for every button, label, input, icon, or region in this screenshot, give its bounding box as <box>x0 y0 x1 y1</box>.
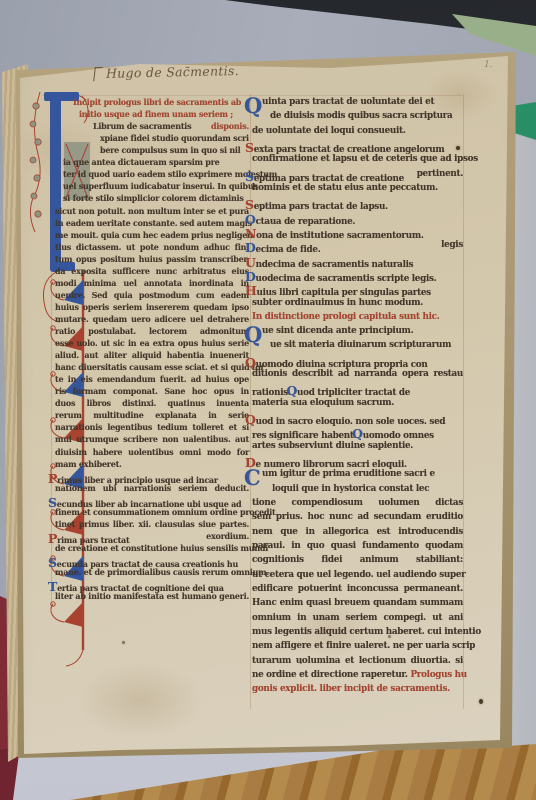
text-segment: tum opus positum huius passim transcribe… <box>55 254 249 264</box>
manuscript-text-line: diuisim habere uolentibus omni modo for <box>55 447 249 459</box>
text-segment: ut cetera que uel legendo. uel audiendo … <box>252 570 466 580</box>
manuscript-text-line: omnium in unam seriem compegi. ut ani <box>252 613 463 625</box>
ruling-line-vertical <box>463 94 464 709</box>
text-segment: cognitionis fidei animum stabiliant: <box>252 555 463 565</box>
colored-initial: S <box>245 169 254 184</box>
text-segment: rerum multitudine explanata in serie <box>55 410 249 420</box>
manuscript-text-line: Tertia pars tractat de cognitione dei qu… <box>55 579 249 591</box>
manuscript-text-line: me mouit. quia cum hec eadem prius negli… <box>55 230 249 242</box>
manuscript-text-line: te in eis emendandum fuerit. ad huius op… <box>55 374 249 386</box>
colored-initial: O <box>245 212 256 227</box>
manuscript-text-line: uel superfluum iudicabatur inserui. In q… <box>55 181 249 193</box>
text-segment: mam exhiberet. <box>55 459 122 469</box>
manuscript-text-line: nem affigere et finire ualeret. ne per u… <box>252 641 463 653</box>
manuscript-text-line: si forte stilo simplicior colorem dictam… <box>55 193 249 205</box>
colored-initial: U <box>245 255 256 270</box>
manuscript-text-line: esse uolo. ut sic in ea extra opus huius… <box>55 338 249 350</box>
manuscript-text-line: De numero librorum sacri eloquii. <box>252 455 463 467</box>
colored-initial: Q <box>286 383 297 398</box>
manuscript-text-line: subter ordinauimus in hunc modum. <box>252 298 463 310</box>
manuscript-text-line: tius dictassem. ut pote nondum adhuc fin… <box>55 242 249 254</box>
manuscript-text-line: Quod in sacro eloquio. non sole uoces. s… <box>252 412 463 424</box>
manuscript-text-line: liter ab initio manifestata est humano g… <box>55 591 249 603</box>
text-segment: esse uolo. ut sic in ea extra opus huius… <box>55 338 249 348</box>
manuscript-text-line: Sexta pars tractat de creatione angeloru… <box>252 140 463 152</box>
manuscript-text-line: xpiane fidei studio quorundam scri <box>55 133 249 145</box>
manuscript-text-line: ter id quod uario eadem stilo exprimere … <box>55 169 249 181</box>
text-segment: loquii que in hystorica constat lec <box>272 484 429 494</box>
text-segment: finem et consummationem omnium ordine pr… <box>55 507 275 517</box>
text-segment: mane. et de primordialibus causis rerum … <box>55 567 269 577</box>
manuscript-text-line: uenire. Sed quia postmodum cum eadem <box>55 290 249 302</box>
colored-initial: D <box>245 240 256 255</box>
manuscript-text-line: narrationis legentibus tedium tolleret e… <box>55 422 249 434</box>
colored-initial: Q <box>352 426 363 441</box>
text-segment: huius operis seriem insererem quedam ips… <box>55 302 249 312</box>
manuscript-text-line: Secunda pars tractat de causa creationis… <box>55 555 249 567</box>
manuscript-text-line: aliud. aut aliter aliquid habentia inuen… <box>55 350 249 362</box>
manuscript-text-line: mus legentis aliquid certum haberet. cui… <box>252 627 463 639</box>
manuscript-text-line: Decima de fide.legis <box>252 240 463 252</box>
text-segment: uinta pars tractat de uoluntate dei et <box>262 97 434 107</box>
manuscript-text-line: ditionis describit ad narranda opera res… <box>252 369 463 381</box>
manuscript-text-line: sem prius. hoc nunc ad secundam eruditio <box>252 512 463 524</box>
colored-initial: Q <box>245 412 256 427</box>
text-segment: de diuisis modis quibus sacra scriptura <box>270 111 452 121</box>
manuscript-text-line: tum opus positum huius passim transcribe… <box>55 254 249 266</box>
text-segment: uel superfluum iudicabatur inserui. In q… <box>63 181 258 191</box>
line-end-word: pertinent. <box>417 169 463 179</box>
manuscript-text-line: de uoluntate dei loqui consueuit. <box>252 126 463 138</box>
manuscript-text-line: ris formam componat. Sane hoc opus in <box>55 386 249 398</box>
manuscript-text-line: de diuisis modis quibus sacra scriptura <box>252 111 463 123</box>
text-segment: liter ab initio manifestata est humano g… <box>55 591 249 601</box>
colored-initial: H <box>245 283 257 298</box>
manuscript-text-line: Secundus liber ab incarnatione ubi usque… <box>55 495 249 507</box>
manuscript-text-line: Septima pars tractat de lapsu. <box>252 197 463 209</box>
line-end-word: exordium. <box>206 531 249 541</box>
manuscript-text-line: gonis explicit. liber incipit de sacrame… <box>252 684 463 696</box>
text-segment: nationem ubi narrationis seriem deducit. <box>55 483 249 493</box>
text-segment: mutare. quedam uero adicere uel detraher… <box>55 314 249 324</box>
manuscript-text-line: confirmatione et lapsu et de ceteris que… <box>252 154 463 166</box>
manuscript-text-line: mutare. quedam uero adicere uel detraher… <box>55 314 249 326</box>
manuscript-text-line: Quinta pars tractat de uoluntate dei et <box>252 97 463 109</box>
wormhole <box>300 662 302 664</box>
text-segment: paraui. in quo quasi fundamento quodam <box>252 541 463 551</box>
text-segment: edificare potuerint inconcussa permanean… <box>252 584 463 594</box>
manuscript-text-line: Incipit prologus libri de sacramentis ab <box>55 97 249 109</box>
manuscript-text-line: Octaua de reparatione. <box>252 212 463 224</box>
text-segment: Librum de sacramentis <box>93 121 191 131</box>
text-segment: nem affigere et finire ualeret. ne per u… <box>252 641 475 651</box>
manuscript-text-line: loquii que in hystorica constat lec <box>252 484 463 496</box>
manuscript-text-line: cognitionis fidei animum stabiliant: <box>252 555 463 567</box>
text-segment: de creatione et constitutione huius sens… <box>55 543 268 553</box>
text-segment: confirmatione et lapsu et de ceteris que… <box>252 154 478 164</box>
manuscript-text-line: modi minima uel annotata inordinata in <box>55 278 249 290</box>
manuscript-text-line: turarum uolumina et lectionum diuortia. … <box>252 656 463 668</box>
text-segment: subter ordinauimus in hunc modum. <box>252 298 423 308</box>
manuscript-text-line: Quomodo diuina scriptura propria con <box>252 355 463 367</box>
text-segment: si forte stilo simplicior colorem dictam… <box>63 193 244 203</box>
manuscript-text-line: Cum igitur de prima eruditione sacri e <box>252 469 463 481</box>
text-segment: mul utrumque scribere non ualentibus. au… <box>55 434 249 444</box>
text-segment: Hanc enim quasi breuem quandam summam <box>252 598 463 608</box>
text-segment: te in eis emendandum fuerit. ad huius op… <box>55 374 249 384</box>
text-segment: sem prius. hoc nunc ad secundam eruditio <box>252 512 463 522</box>
text-segment: Incipit prologus libri de sacramentis ab <box>73 97 241 107</box>
manuscript-text-line: nem que in allegorica est introducendis <box>252 527 463 539</box>
text-column-right: Quinta pars tractat de uoluntate dei etd… <box>252 97 463 712</box>
text-segment: ia que antea dictaueram sparsim pre <box>63 157 219 167</box>
manuscript-text-line: Undecima de sacramentis naturalis <box>252 255 463 267</box>
text-segment: modi minima uel annotata inordinata in <box>55 278 249 288</box>
text-segment: me mouit. quia cum hec eadem prius negli… <box>55 230 253 240</box>
text-segment: xpiane fidei studio quorundam scri <box>100 133 249 143</box>
colored-initial: N <box>245 226 256 241</box>
text-segment: turarum uolumina et lectionum diuortia. … <box>252 656 463 666</box>
manuscript-text-line: de creatione et constitutione huius sens… <box>55 543 249 555</box>
manuscript-text-line: Nona de institutione sacramentorum. <box>252 226 463 238</box>
text-segment: omnium in unam seriem compegi. ut ani <box>252 613 463 623</box>
text-segment: bere compulsus sum in quo si nil <box>100 145 240 155</box>
line-end-word: disponis. <box>211 121 249 131</box>
manuscript-text-line: da exposita sufficere nunc arbitratus ei… <box>55 266 249 278</box>
manuscript-text-line: res significare habent. Quomodo omnes <box>252 426 463 438</box>
manuscript-text-line: duos libros distinxi. quatinus inuenta <box>55 398 249 410</box>
text-segment: tinet primus liber. xii. clausulas siue … <box>55 519 249 529</box>
manuscript-text-line: paraui. in quo quasi fundamento quodam <box>252 541 463 553</box>
manuscript-text-line: tione compendiosum uolumen dictas <box>252 498 463 510</box>
text-segment: nem que in allegorica est introducendis <box>252 527 463 537</box>
manuscript-text-line: hominis et de statu eius ante peccatum. <box>252 183 463 195</box>
photo-scene: Hugo de Sac̄mentis. 1. L <box>0 0 536 800</box>
manuscript-text-line: Primus liber a principio usque ad incar <box>55 471 249 483</box>
text-segment: Prologus hu <box>410 670 466 680</box>
text-segment: materia sua eloquium sacrum. <box>252 398 394 408</box>
manuscript-text-line: mam exhiberet. <box>55 459 249 471</box>
text-segment: ris formam componat. Sane hoc opus in <box>55 386 249 396</box>
manuscript-text-line: mul utrumque scribere non ualentibus. au… <box>55 434 249 446</box>
manuscript-text-line: ue sit materia diuinarum scripturarum <box>252 340 463 352</box>
text-segment: uenire. Sed quia postmodum cum eadem <box>55 290 249 300</box>
wormhole <box>479 699 483 704</box>
text-segment: um igitur de prima eruditione sacri e <box>262 469 435 479</box>
manuscript-text-line: edificare potuerint inconcussa permanean… <box>252 584 463 596</box>
text-segment: ratio postulabat. lectorem admonitum <box>55 326 249 336</box>
text-segment: mus legentis aliquid certum haberet. cui… <box>252 627 481 637</box>
wormhole <box>388 635 391 638</box>
text-segment: tius dictassem. ut pote nondum adhuc fin… <box>55 242 249 252</box>
running-title-text: Hugo de Sac̄mentis. <box>106 63 239 81</box>
text-segment: tione compendiosum uolumen dictas <box>252 498 463 508</box>
text-segment: hanc diuersitatis causam esse sciat. et … <box>55 362 264 372</box>
text-segment: narrationis legentibus tedium tolleret e… <box>55 422 249 432</box>
manuscript-text-line: In distinctione prologi capitula sunt hi… <box>252 312 463 324</box>
header-bracket-mark <box>93 67 103 81</box>
manuscript-text-line: rationis. Quod tripliciter tractat de <box>252 383 463 395</box>
manuscript-text-line: Duodecima de sacramentis scripte legis. <box>252 269 463 281</box>
manuscript-text-line: tinet primus liber. xii. clausulas siue … <box>55 519 249 531</box>
manuscript-text-line: artes subserviunt diuine sapientie. <box>252 441 463 453</box>
manuscript-text-line: ut cetera que uel legendo. uel audiendo … <box>252 570 463 582</box>
manuscript-text-line: Hanc enim quasi breuem quandam summam <box>252 598 463 610</box>
text-segment: gonis explicit. liber incipit de sacrame… <box>252 684 450 694</box>
line-end-word: legis <box>441 240 463 250</box>
text-segment: ue sit materia diuinarum scripturarum <box>270 340 451 350</box>
manuscript-text-line: bere compulsus sum in quo si nil <box>55 145 249 157</box>
manuscript-text-line: Septima pars tractat de creationepertine… <box>252 169 463 181</box>
manuscript-text-line: initio usque ad finem unam seriem ; <box>55 109 249 121</box>
manuscript-text-line: rerum multitudine explanata in serie <box>55 410 249 422</box>
manuscript-text-line: ia que antea dictaueram sparsim pre <box>55 157 249 169</box>
folio-number: 1. <box>484 60 493 70</box>
text-segment: ne ordine et directione raperetur. <box>252 670 410 680</box>
manuscript-text-line: Prima pars tractatexordium. <box>55 531 249 543</box>
manuscript-text-line: finem et consummationem omnium ordine pr… <box>55 507 249 519</box>
manuscript-text-line: Huius libri capitula per singulas partes <box>252 283 463 295</box>
wormhole <box>456 146 460 150</box>
wormhole <box>122 641 125 644</box>
manuscript-text-line: huius operis seriem insererem quedam ips… <box>55 302 249 314</box>
text-segment: de uoluntate dei loqui consueuit. <box>252 126 406 136</box>
manuscript-text-line: sicut non potuit. non multum inter se et… <box>55 206 249 218</box>
manuscript-text-line: mane. et de primordialibus causis rerum … <box>55 567 249 579</box>
colored-initial: S <box>245 140 254 155</box>
manuscript-text-line: in eadem ueritate constante. sed autem m… <box>55 218 249 230</box>
text-segment: duos libros distinxi. quatinus inuenta <box>55 398 249 408</box>
manuscript-text-line: ratio postulabat. lectorem admonitum <box>55 326 249 338</box>
text-segment: da exposita sufficere nunc arbitratus ei… <box>55 266 249 276</box>
manuscript-text-line: Librum de sacramentisdisponis. <box>55 121 249 133</box>
text-segment: ue sint dicenda ante principium. <box>262 326 413 336</box>
text-segment: sicut non potuit. non multum inter se et… <box>55 206 249 216</box>
colored-initial: S <box>245 197 254 212</box>
manuscript-text-line: Que sint dicenda ante principium. <box>252 326 463 338</box>
manuscript-text-line: nationem ubi narrationis seriem deducit. <box>55 483 249 495</box>
colored-initial: D <box>245 269 256 284</box>
colored-initial: Q <box>245 355 256 370</box>
text-segment: aliud. aut aliter aliquid habentia inuen… <box>55 350 249 360</box>
text-segment: in eadem ueritate constante. sed autem m… <box>55 218 252 228</box>
manuscript-text-line: ne ordine et directione raperetur. Prolo… <box>252 670 463 682</box>
text-segment: hominis et de statu eius ante peccatum. <box>252 183 438 193</box>
text-segment: artes subserviunt diuine sapientie. <box>252 441 413 451</box>
text-segment: In distinctione prologi capitula sunt hi… <box>252 312 439 322</box>
text-segment: diuisim habere uolentibus omni modo for <box>55 447 249 457</box>
manuscript-text-line: hanc diuersitatis causam esse sciat. et … <box>55 362 249 374</box>
text-column-left: Incipit prologus libri de sacramentis ab… <box>55 97 249 612</box>
manuscript-text-line: materia sua eloquium sacrum. <box>252 398 463 410</box>
text-segment: initio usque ad finem unam seriem ; <box>79 109 233 119</box>
text-segment: ditionis describit ad narranda opera res… <box>252 369 463 379</box>
